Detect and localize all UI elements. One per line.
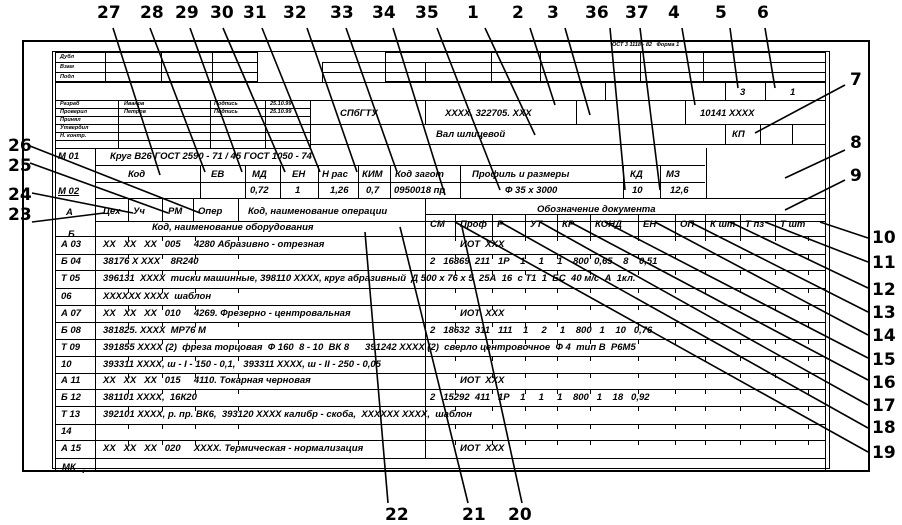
callout-number: 4 [668,5,680,22]
row-label: Б 12 [61,393,81,403]
callout-number: 20 [508,507,532,524]
row-label: А 07 [61,309,81,319]
stamp-block [55,52,258,82]
col-header-b: СМ [430,220,445,230]
callout-number: 28 [140,5,164,22]
callout-number: 9 [850,168,862,185]
row-right: ИОТ XXX [460,444,504,454]
row-label: А 15 [61,444,81,454]
col-header-b: К шт [710,220,735,230]
callout-number: 15 [872,352,896,369]
sig-sign: Подпись [214,110,238,116]
sig-role: Н. контр. [60,134,86,140]
row-label: 14 [61,427,72,437]
row-text: 391855 XXXX (2) фреза торцовая Ф 160 8 -… [103,343,636,353]
mat-en: 1 [295,186,300,196]
table-row: Т 05396131 XXXX тиски машинные, 398110 X… [55,270,825,288]
callout-number: 2 [512,5,524,22]
sig-role: Утвердил [60,126,88,132]
table-row: Б 0438176 X XXX 8R2402 16869 211 1Р 1 1 … [55,254,825,270]
callout-number: 26 [8,138,32,155]
callout-number: 18 [872,420,896,437]
table-row: А 03XX XX XX 005 4280 Абразивно - отрезн… [55,236,825,254]
callout-number: 5 [715,5,727,22]
mat-n-ras: 1,26 [330,186,349,196]
sheet-number: 1 [790,88,795,98]
row-label: А 11 [61,376,80,386]
callout-number: 27 [97,5,121,22]
row-label: Т 05 [61,274,80,284]
callout-number: 36 [585,5,609,22]
col-header-b: КР [562,220,574,230]
row-right: 2 15292 411 1Р 1 1 1 800 1 18 0,92 [430,393,650,403]
row-text: 381825. XXXX МР76 М [103,326,206,336]
callout-number: 13 [872,305,896,322]
col-header-a: Уч [133,207,145,217]
callout-number: 6 [757,5,769,22]
callout-number: 7 [850,72,862,89]
row-text: 381101 XXXX, 16К20 [103,393,197,403]
table-row: Т 13392101 XXXX, р. пр. ВК6, 393120 XXXX… [55,406,825,424]
row-text: XX XX XX 005 4280 Абразивно - отрезная [103,240,324,250]
callout-number: 37 [625,5,649,22]
row-text: XX XX XX 020 XXXX. Термическая - нормали… [103,444,363,454]
callout-number: 34 [372,5,396,22]
mat-kod-zagot: 0950018 пр [394,186,445,196]
col-header-a: Опер [198,207,222,217]
table-row: А 07XX XX XX 010 4269. Фрезерно - центро… [55,305,825,322]
callout-number: 35 [415,5,439,22]
callout-number: 29 [175,5,199,22]
col-header-b: ЕН [643,220,656,230]
m01-text: Круг В26 ГОСТ 2590 - 71 / 45 ГОСТ 1050 -… [110,152,312,162]
sig-sign: Подпись [214,102,238,108]
row-a-label: А [66,208,73,218]
footer-colon: : [82,466,85,476]
equipment-title: Код, наименование оборудования [152,223,314,233]
mat-header: Код [128,170,145,180]
callout-number: 24 [8,187,32,204]
row-text: XX XX XX 015 4110. Токарная черновая [103,376,311,386]
callout-number: 33 [330,5,354,22]
callout-number: 25 [8,158,32,175]
row-text: 393311 XXXX, ш - I - 150 - 0,1, 393311 X… [103,360,381,370]
callout-number: 1 [467,5,479,22]
mat-header: ЕВ [211,170,224,180]
col-header-b: КОНД [595,220,622,230]
m02-label: М 02 [58,187,79,197]
table-row: А 15XX XX XX 020 XXXX. Термическая - нор… [55,440,825,458]
part-code: 10141 XXXX [700,109,754,119]
col-header-b: Т шт [780,220,805,230]
footer-label: МК [62,463,76,473]
callout-number: 23 [8,207,32,224]
m01-label: М 01 [58,152,79,162]
stamp-label: Подл [60,75,74,81]
mat-header: МД [252,170,267,180]
mat-kd: 10 [632,186,643,196]
doc-code: XXXX. 322705. XXX [445,109,532,119]
callout-number: 30 [210,5,234,22]
table-row: Т 09391855 XXXX (2) фреза торцовая Ф 160… [55,339,825,356]
row-label: 06 [61,292,72,302]
col-header-b: ОП [680,220,694,230]
row-label: Б 08 [61,326,81,336]
row-text: 38176 X XXX 8R240 [103,257,199,267]
callout-number: 3 [547,5,559,22]
col-header-a: Цех [103,207,120,217]
callout-number: 22 [385,507,409,524]
row-label: Б 04 [61,257,81,267]
row-right: ИОТ XXX [460,240,504,250]
row-text: XX XX XX 010 4269. Фрезерно - центроваль… [103,309,351,319]
table-row: 10393311 XXXX, ш - I - 150 - 0,1, 393311… [55,356,825,373]
mat-profile: Ф 35 х 3000 [505,186,557,196]
callout-number: 14 [872,328,896,345]
table-row: Б 08381825. XXXX МР76 М2 18632 311 111 1… [55,322,825,339]
part-name: Вал шлицевой [436,130,505,140]
sig-name: Иванов [124,102,144,108]
mat-md: 0,72 [250,186,269,196]
callout-number: 16 [872,375,896,392]
kp-label: КП [732,130,745,140]
stamp-label: Дубл [60,55,74,61]
callout-number: 31 [243,5,267,22]
row-text: 392101 XXXX, р. пр. ВК6, 393120 XXXX кал… [103,410,472,420]
callout-number: 10 [872,230,896,247]
sig-date: 25.10.99 [270,102,291,108]
table-row: 06XXXXXX XXXX шаблон [55,288,825,305]
table-row: А 11XX XX XX 015 4110. Токарная черновая… [55,373,825,389]
table-row: Б 12381101 XXXX, 16К202 15292 411 1Р 1 1… [55,389,825,406]
col-header-b: Т пз [745,220,764,230]
row-label: А 03 [61,240,81,250]
standard-label: ОСТ 3 1118 - 82 Форма 1 [612,43,679,49]
stamp-label: Взам [60,65,74,71]
sig-role: Разраб [60,102,79,108]
callout-number: 8 [850,135,862,152]
col-header-b: Р [497,220,503,230]
callout-number: 19 [872,445,896,462]
mat-header: МЗ [666,170,680,180]
callout-number: 11 [872,255,896,272]
col-header-b: УТ [530,220,542,230]
row-right: 2 18632 311 111 1 2 1 800 1 10 0,76 [430,326,652,336]
sig-role: Принял [60,118,81,124]
callout-number: 32 [283,5,307,22]
row-label: 10 [61,360,72,370]
sig-role: Проверил [60,110,87,116]
row-right: ИОТ XXX [460,309,504,319]
mat-header: КИМ [362,170,383,180]
org-name: СПбГТУ [340,109,378,119]
row-label: Т 13 [61,410,80,420]
callout-number: 21 [462,507,486,524]
sig-date: 25.10.99 [270,110,291,116]
row-right: ИОТ XXX [460,376,504,386]
col-header-b: Проф [460,220,487,230]
mat-header: Н рас [322,170,348,180]
callout-number: 12 [872,282,896,299]
sig-name: Петров [124,110,146,116]
row-text: 396131 XXXX тиски машинные, 398110 XXXX,… [103,274,636,284]
row-label: Т 09 [61,343,80,353]
mat-header: ЕН [292,170,305,180]
mat-header: КД [630,170,643,180]
mat-mz: 12,6 [670,186,689,196]
col-header-a: Код, наименование операции [248,207,387,217]
mat-header: Профиль и размеры [472,170,569,180]
mat-header: Код загот [395,170,444,180]
callout-number: 17 [872,398,896,415]
row-right: 2 16869 211 1Р 1 1 1 800 0,65 8 0,51 [430,257,657,267]
table-row: 14 [55,424,825,440]
mat-kim: 0,7 [366,186,379,196]
sheet-total: 3 [740,88,745,98]
col-header-a: РМ [168,207,182,217]
